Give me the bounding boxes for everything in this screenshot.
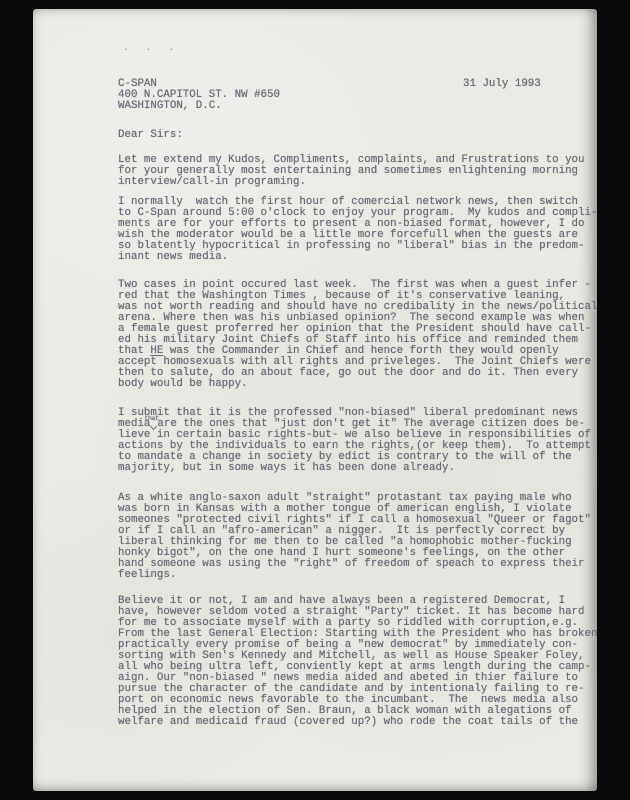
handwritten-insertion: that [150,419,157,430]
salutation: Dear Sirs: [118,130,183,141]
inserted-word: that [144,416,158,423]
caret-mark [150,423,157,430]
recipient-address: C-SPAN 400 N.CAPITOL ST. NW #650 WASHING… [118,79,280,112]
letter-page: · · · C-SPAN 400 N.CAPITOL ST. NW #650 W… [33,9,597,791]
letter-date: 31 July 1993 [463,79,541,90]
letter-paragraph: Let me extend my Kudos, Compliments, com… [118,155,604,188]
letter-body: Let me extend my Kudos, Compliments, com… [118,155,604,728]
letter-line: welfare and medicaid fraud (covered up?)… [118,717,604,728]
letter-paragraph: As a white anglo-saxon adult "straight" … [118,493,604,581]
recipient-city: WASHINGTON, D.C. [118,101,280,112]
letter-line: majority, but in some ways it has been d… [118,463,604,474]
letter-paragraph: Two cases in point occured last week. Th… [118,280,604,390]
letter-paragraph: Believe it or not, I am and have always … [118,596,604,728]
letter-line: inant news media. [118,252,604,263]
letter-line: feelings. [118,570,604,581]
letter-line: hand someone was using the "right" of fr… [118,559,604,570]
pencil-marks: · · · [123,45,180,55]
letter-line: body would be happy. [118,379,604,390]
scan-backdrop: · · · C-SPAN 400 N.CAPITOL ST. NW #650 W… [0,0,630,800]
letter-paragraph: I normally watch the first hour of comer… [118,197,604,263]
letter-line: interview/call-in programing. [118,177,604,188]
letter-paragraph: I submit that it is the professed "non-b… [118,408,604,474]
